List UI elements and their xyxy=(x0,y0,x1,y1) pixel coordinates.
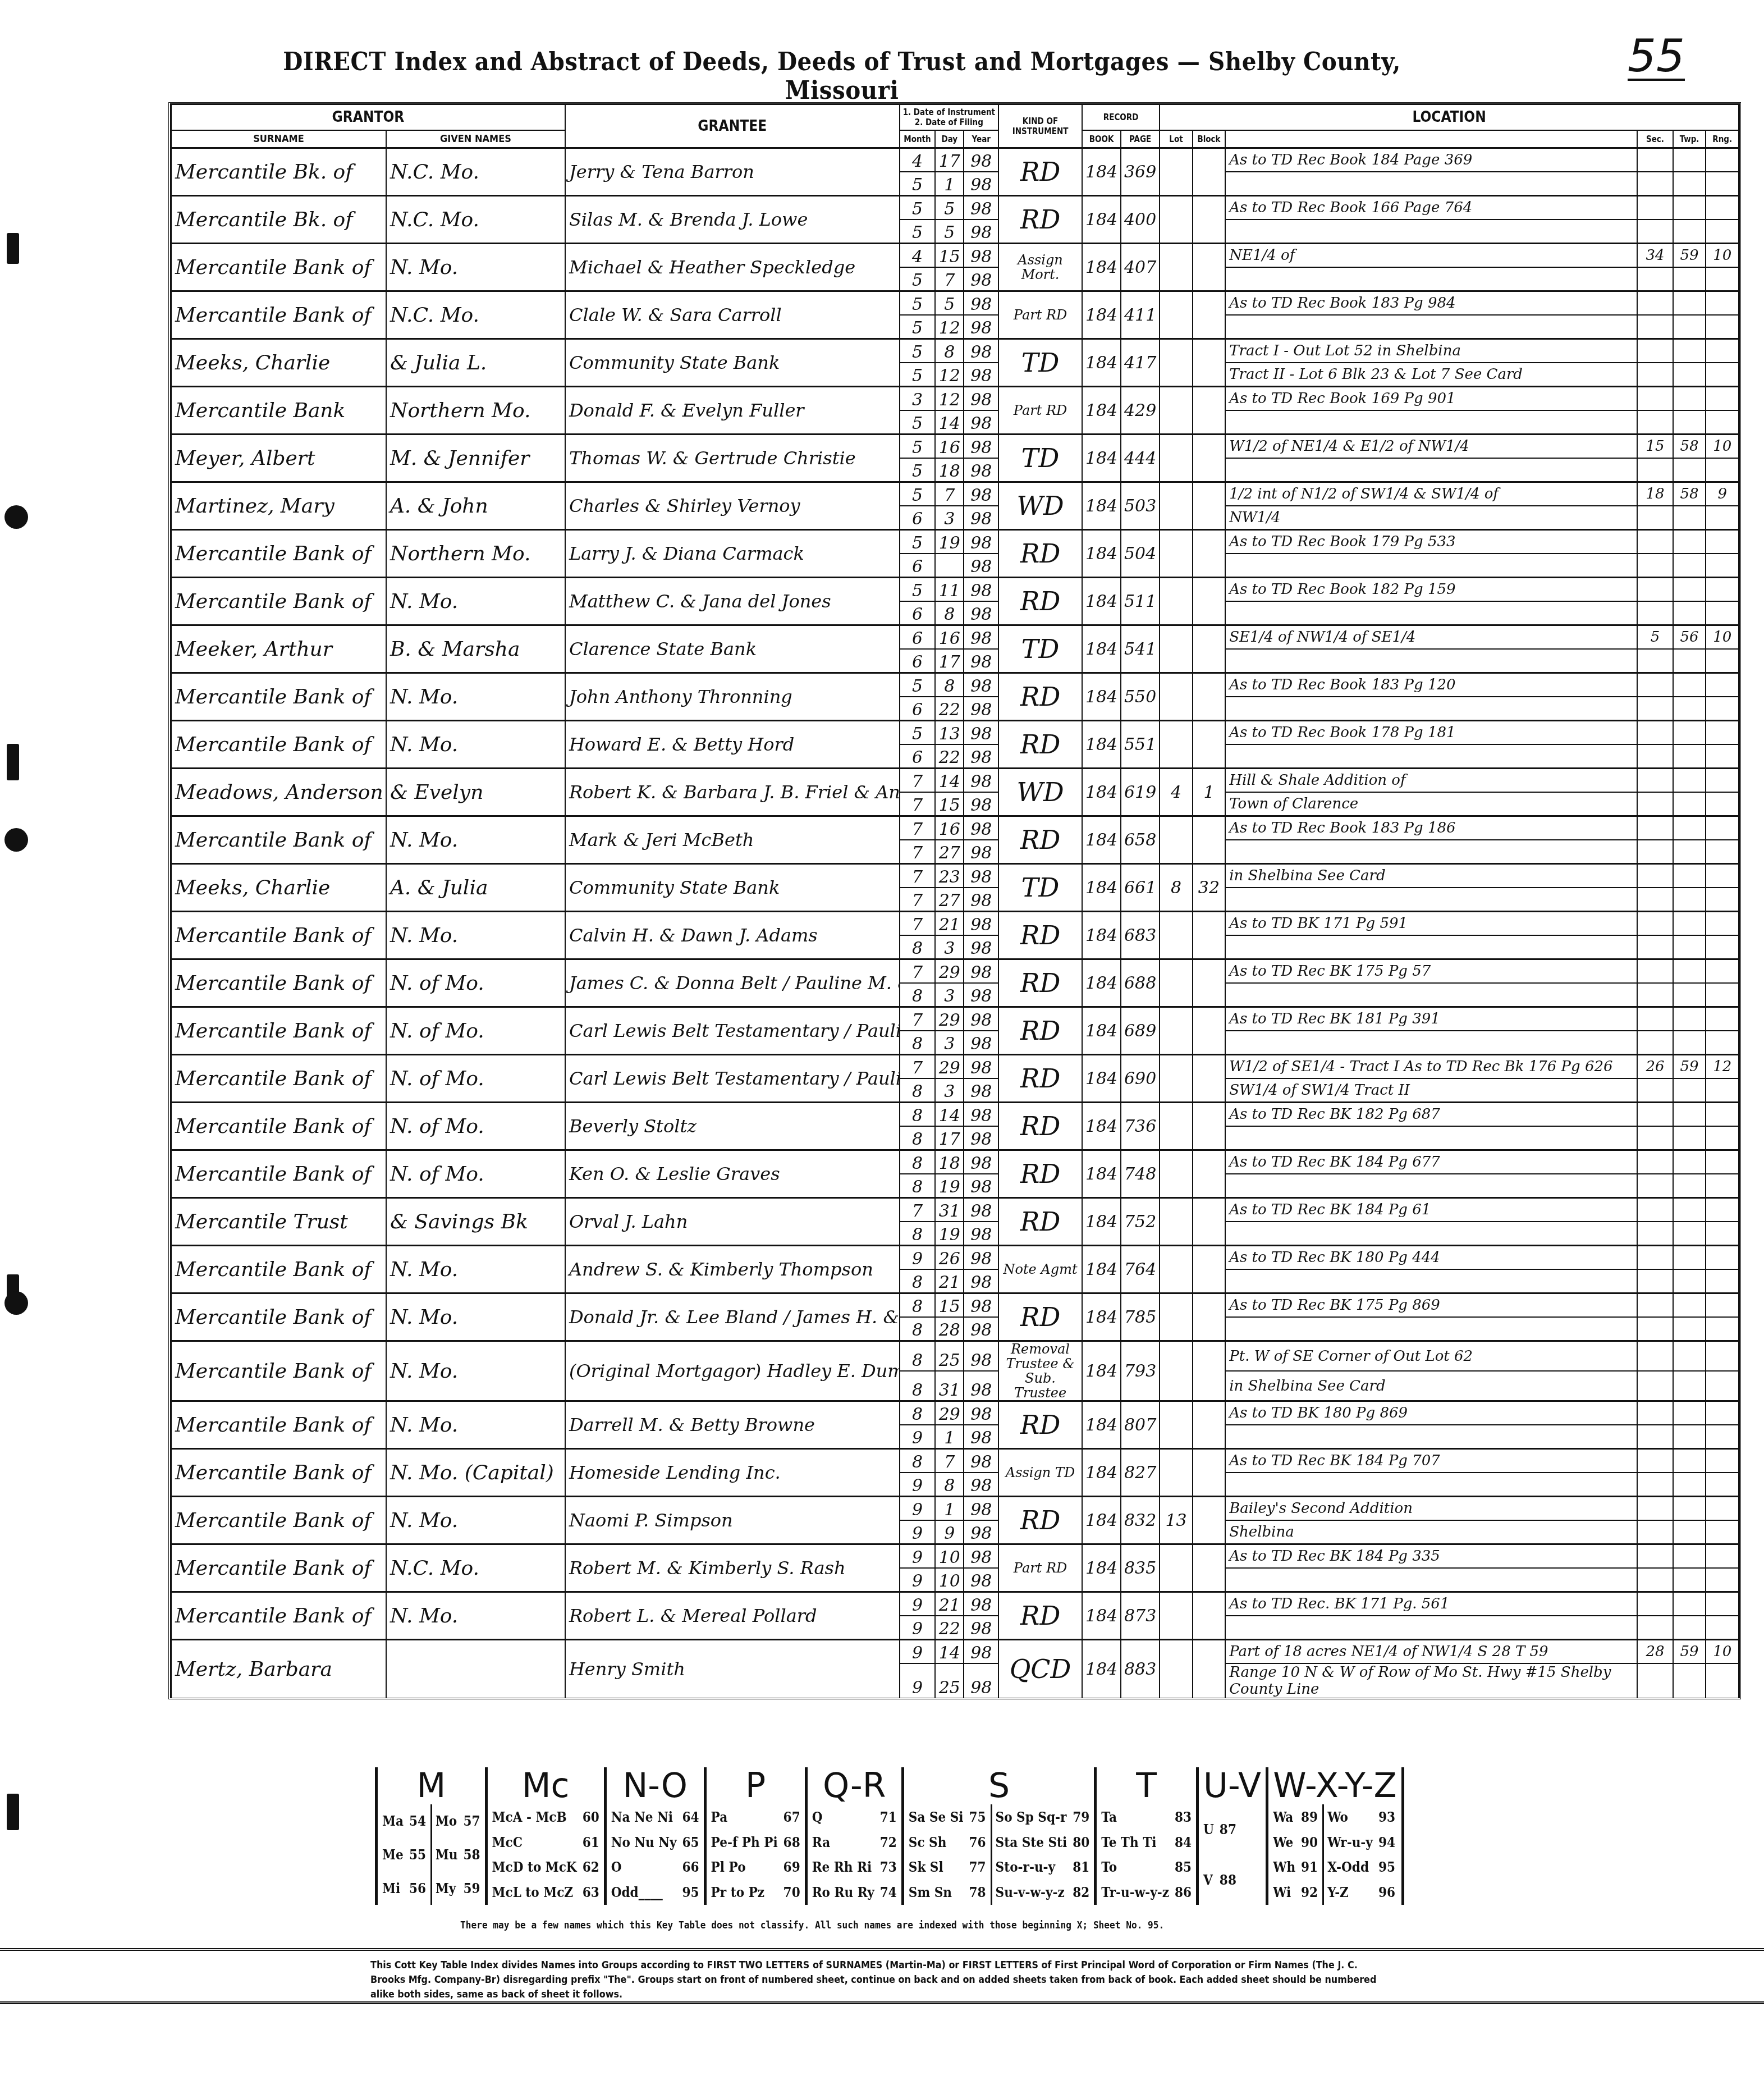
lot xyxy=(1160,1640,1192,1698)
key-entry: Wh91 xyxy=(1273,1859,1318,1875)
table-row: Mercantile Bank ofN. Mo.John Anthony Thr… xyxy=(171,673,1739,697)
grantor-given-names: N. Mo. xyxy=(386,721,565,769)
filing-date-month: 7 xyxy=(900,840,936,864)
range xyxy=(1706,1544,1739,1569)
record-book: 184 xyxy=(1082,1007,1121,1055)
filing-date-day: 28 xyxy=(935,1317,964,1341)
lot xyxy=(1160,673,1192,721)
key-entry: Ra72 xyxy=(812,1834,897,1850)
key-letters: Pa xyxy=(711,1809,728,1825)
record-page: 736 xyxy=(1121,1103,1160,1150)
record-book: 184 xyxy=(1082,244,1121,291)
record-book: 184 xyxy=(1082,959,1121,1007)
key-sheet-number: 58 xyxy=(464,1846,480,1863)
key-letters: No Nu Ny xyxy=(611,1834,677,1850)
section-cont xyxy=(1637,267,1673,291)
location-line-2 xyxy=(1225,840,1637,864)
key-entry: Sto-r-u-y81 xyxy=(996,1859,1090,1875)
record-page: 748 xyxy=(1121,1150,1160,1198)
filing-date-day: 31 xyxy=(935,1371,964,1401)
filing-date-month: 9 xyxy=(900,1473,936,1497)
section-cont xyxy=(1637,363,1673,387)
sec-header: Sec. xyxy=(1637,130,1673,148)
range xyxy=(1706,578,1739,602)
instrument-date-day: 8 xyxy=(935,339,964,363)
instrument-date-day: 29 xyxy=(935,1007,964,1031)
table-row: Mercantile Bank ofN.C. Mo.Clale W. & Sar… xyxy=(171,291,1739,316)
filing-date-month: 5 xyxy=(900,410,936,435)
record-book: 184 xyxy=(1082,1246,1121,1293)
filing-date-year: 98 xyxy=(964,220,998,244)
key-sheet-number: 74 xyxy=(880,1884,897,1900)
section-cont xyxy=(1637,458,1673,482)
instrument-kind: RD xyxy=(998,1198,1082,1246)
key-sheet-number: 54 xyxy=(409,1813,426,1829)
township xyxy=(1673,721,1706,745)
section xyxy=(1637,721,1673,745)
location-line-1: Hill & Shale Addition of xyxy=(1225,769,1637,793)
instrument-date-month: 7 xyxy=(900,1007,936,1031)
instrument-date-month: 5 xyxy=(900,339,936,363)
location-line-2: SW1/4 of SW1/4 Tract II xyxy=(1225,1078,1637,1103)
filing-date-month: 8 xyxy=(900,1126,936,1150)
filing-date-day: 3 xyxy=(935,506,964,530)
table-row: Mercantile Bank ofN. Mo.Mark & Jeri McBe… xyxy=(171,816,1739,840)
table-row: Mertz, BarbaraHenry Smith91498QCD184883P… xyxy=(171,1640,1739,1664)
record-page: 827 xyxy=(1121,1449,1160,1497)
key-table-notice: There may be a few names which this Key … xyxy=(460,1920,1164,1931)
lot xyxy=(1160,1293,1192,1341)
section-cont xyxy=(1637,1317,1673,1341)
range-cont xyxy=(1706,840,1739,864)
key-sheet-number: 95 xyxy=(1378,1859,1395,1875)
instrument-date-day: 12 xyxy=(935,387,964,411)
location-line-2 xyxy=(1225,983,1637,1007)
instrument-date-day: 14 xyxy=(935,1103,964,1127)
table-row: Mercantile Bank ofN. of Mo.Carl Lewis Be… xyxy=(171,1055,1739,1079)
grantee-name: (Original Mortgagor) Hadley E. Dumon xyxy=(565,1341,900,1401)
grantee-name: Matthew C. & Jana del Jones xyxy=(565,578,900,625)
lot-header: Lot xyxy=(1160,130,1192,148)
filing-date-year: 98 xyxy=(964,983,998,1007)
section: 18 xyxy=(1637,482,1673,506)
instrument-date-month: 9 xyxy=(900,1640,936,1664)
range xyxy=(1706,816,1739,840)
grantee-name: Carl Lewis Belt Testamentary / Pauline M… xyxy=(565,1007,900,1055)
key-group: TTa83Te Th Ti84To85Tr-u-w-y-z86 xyxy=(1097,1767,1199,1905)
section: 34 xyxy=(1637,244,1673,268)
section-cont xyxy=(1637,315,1673,339)
instrument-kind: WD xyxy=(998,769,1082,816)
grantee-name: Donald Jr. & Lee Bland / James H. & Shar… xyxy=(565,1293,900,1341)
key-entry: Su-v-w-y-z82 xyxy=(996,1884,1090,1900)
instrument-date-day: 5 xyxy=(935,196,964,220)
record-header: RECORD xyxy=(1082,104,1160,130)
township-cont xyxy=(1673,1174,1706,1198)
township xyxy=(1673,959,1706,984)
filing-date-year: 98 xyxy=(964,267,998,291)
instrument-date-day: 29 xyxy=(935,1055,964,1079)
range xyxy=(1706,1198,1739,1222)
record-book: 184 xyxy=(1082,769,1121,816)
range: 9 xyxy=(1706,482,1739,506)
filing-date-year: 98 xyxy=(964,1031,998,1055)
key-sheet-number: 68 xyxy=(784,1834,800,1850)
grantor-surname: Meadows, Anderson xyxy=(171,769,386,816)
filing-date-month: 7 xyxy=(900,792,936,816)
instrument-kind: WD xyxy=(998,482,1082,530)
grantee-name: Howard E. & Betty Hord xyxy=(565,721,900,769)
filing-date-year: 98 xyxy=(964,506,998,530)
record-page: 658 xyxy=(1121,816,1160,864)
record-page: 369 xyxy=(1121,148,1160,196)
township: 58 xyxy=(1673,435,1706,459)
ledger-sheet: GRANTOR GRANTEE 1. Date of Instrument 2.… xyxy=(168,102,1741,1699)
instrument-kind: RD xyxy=(998,912,1082,959)
key-entry: Q71 xyxy=(812,1809,897,1825)
section-cont xyxy=(1637,1520,1673,1544)
record-book: 184 xyxy=(1082,1401,1121,1449)
location-line-2 xyxy=(1225,935,1637,959)
key-letters: Ta xyxy=(1101,1809,1117,1825)
grantee-name: Andrew S. & Kimberly Thompson xyxy=(565,1246,900,1293)
lot xyxy=(1160,1103,1192,1150)
range: 10 xyxy=(1706,1640,1739,1664)
instrument-date-year: 98 xyxy=(964,387,998,411)
record-page: 832 xyxy=(1121,1497,1160,1544)
township-cont xyxy=(1673,1317,1706,1341)
instrument-date-month: 8 xyxy=(900,1103,936,1127)
key-letters: McD to McK xyxy=(492,1859,577,1875)
grantor-surname: Mercantile Bank of xyxy=(171,578,386,625)
day-header: Day xyxy=(935,130,964,148)
key-entry: Wo93 xyxy=(1327,1809,1395,1825)
instrument-kind: Part RD xyxy=(998,1544,1082,1592)
grantor-given-names: N. of Mo. xyxy=(386,1055,565,1103)
township-cont xyxy=(1673,1473,1706,1497)
grantee-name: John Anthony Thronning xyxy=(565,673,900,721)
section-cont xyxy=(1637,744,1673,769)
township xyxy=(1673,1401,1706,1425)
key-entry: Pr to Pz70 xyxy=(711,1884,800,1900)
section-cont xyxy=(1637,935,1673,959)
section xyxy=(1637,1544,1673,1569)
grantee-name: Community State Bank xyxy=(565,864,900,912)
instrument-date-month: 5 xyxy=(900,578,936,602)
grantor-surname: Meeks, Charlie xyxy=(171,339,386,387)
township xyxy=(1673,1592,1706,1616)
grantee-name: Ken O. & Leslie Graves xyxy=(565,1150,900,1198)
filing-date-day: 5 xyxy=(935,220,964,244)
lot xyxy=(1160,387,1192,435)
record-book: 184 xyxy=(1082,816,1121,864)
section-cont xyxy=(1637,1473,1673,1497)
location-line-1: SE1/4 of NW1/4 of SE1/4 xyxy=(1225,625,1637,650)
surname-header: SURNAME xyxy=(171,130,386,148)
township-cont xyxy=(1673,1031,1706,1055)
instrument-date-day: 16 xyxy=(935,625,964,650)
location-line-2: Town of Clarence xyxy=(1225,792,1637,816)
grantor-given-names: Northern Mo. xyxy=(386,387,565,435)
key-sheet-number: 69 xyxy=(784,1859,800,1875)
key-sheet-number: 76 xyxy=(969,1834,986,1850)
key-sheet-number: 85 xyxy=(1175,1859,1192,1875)
range xyxy=(1706,959,1739,984)
township xyxy=(1673,148,1706,172)
township-cont xyxy=(1673,220,1706,244)
key-entry: Ro Ru Ry74 xyxy=(812,1884,897,1900)
instrument-kind: RD xyxy=(998,816,1082,864)
range xyxy=(1706,769,1739,793)
grantee-name: Larry J. & Diana Carmack xyxy=(565,530,900,578)
location-line-1: As to TD Rec BK 184 Pg 61 xyxy=(1225,1198,1637,1222)
date-header: 1. Date of Instrument 2. Date of Filing xyxy=(900,104,999,130)
key-entry: O66 xyxy=(611,1859,699,1875)
filing-date-month: 8 xyxy=(900,1317,936,1341)
record-page: 411 xyxy=(1121,291,1160,339)
grantor-surname: Mercantile Bank of xyxy=(171,1007,386,1055)
township: 58 xyxy=(1673,482,1706,506)
block xyxy=(1193,1150,1225,1198)
township-cont xyxy=(1673,1269,1706,1293)
key-sheet-number: 71 xyxy=(880,1809,897,1825)
key-letters: Pl Po xyxy=(711,1859,746,1875)
grantee-name: Clarence State Bank xyxy=(565,625,900,673)
grantor-surname: Mercantile Bank of xyxy=(171,959,386,1007)
location-line-1: As to TD Rec Book 183 Pg 186 xyxy=(1225,816,1637,840)
block xyxy=(1193,196,1225,244)
section xyxy=(1637,578,1673,602)
location-line-2 xyxy=(1225,267,1637,291)
range-cont xyxy=(1706,1520,1739,1544)
block: 32 xyxy=(1193,864,1225,912)
key-sheet-number: 67 xyxy=(784,1809,800,1825)
section-cont xyxy=(1637,1078,1673,1103)
table-row: Mercantile Bank ofN. of Mo.James C. & Do… xyxy=(171,959,1739,984)
table-row: Mercantile Bank ofN. of Mo.Ken O. & Lesl… xyxy=(171,1150,1739,1174)
key-sheet-number: 75 xyxy=(969,1809,986,1825)
instrument-kind: Part RD xyxy=(998,291,1082,339)
township-cont xyxy=(1673,1078,1706,1103)
filing-date-day: 7 xyxy=(935,267,964,291)
record-page: 764 xyxy=(1121,1246,1160,1293)
table-row: Mercantile Bank ofN. Mo.Andrew S. & Kimb… xyxy=(171,1246,1739,1270)
record-book: 184 xyxy=(1082,1592,1121,1640)
filing-date-day: 27 xyxy=(935,888,964,912)
filing-date-year: 98 xyxy=(964,1616,998,1640)
key-group-letter: S xyxy=(909,1767,1090,1804)
record-page: 503 xyxy=(1121,482,1160,530)
section xyxy=(1637,291,1673,316)
range-cont xyxy=(1706,1371,1739,1401)
range xyxy=(1706,1150,1739,1174)
section-cont xyxy=(1637,1616,1673,1640)
section xyxy=(1637,530,1673,554)
binder-slot-mark xyxy=(7,233,19,264)
section-cont xyxy=(1637,888,1673,912)
section xyxy=(1637,1592,1673,1616)
grantee-name: Beverly Stoltz xyxy=(565,1103,900,1150)
location-line-1: As to TD Rec. BK 171 Pg. 561 xyxy=(1225,1592,1637,1616)
table-row: Mercantile Bank ofN. Mo.Matthew C. & Jan… xyxy=(171,578,1739,602)
grantor-given-names: N. Mo. xyxy=(386,673,565,721)
location-line-1: As to TD Rec BK 181 Pg 391 xyxy=(1225,1007,1637,1031)
section xyxy=(1637,1341,1673,1372)
range xyxy=(1706,673,1739,697)
section xyxy=(1637,1246,1673,1270)
key-group: U-VU87V88 xyxy=(1199,1767,1268,1905)
table-row: Mercantile Bank ofN. Mo. (Capital)Homesi… xyxy=(171,1449,1739,1473)
grantor-surname: Mercantile Bank of xyxy=(171,291,386,339)
location-line-2 xyxy=(1225,410,1637,435)
grantor-given-names: N. of Mo. xyxy=(386,959,565,1007)
key-entry: McC61 xyxy=(492,1834,599,1850)
kind-header: KIND OF INSTRUMENT xyxy=(998,104,1082,148)
instrument-date-year: 98 xyxy=(964,148,998,172)
instrument-date-year: 98 xyxy=(964,673,998,697)
grantor-given-names: N.C. Mo. xyxy=(386,1544,565,1592)
township-cont xyxy=(1673,1520,1706,1544)
record-page: 807 xyxy=(1121,1401,1160,1449)
location-line-1: As to TD Rec BK 184 Pg 335 xyxy=(1225,1544,1637,1569)
location-header: LOCATION xyxy=(1160,104,1739,130)
lot xyxy=(1160,721,1192,769)
key-letters: Sm Sn xyxy=(909,1884,952,1900)
instrument-date-year: 98 xyxy=(964,196,998,220)
filing-date-day: 22 xyxy=(935,697,964,721)
range-cont xyxy=(1706,1568,1739,1592)
lot xyxy=(1160,530,1192,578)
location-line-2: Shelbina xyxy=(1225,1520,1637,1544)
grantee-header: GRANTEE xyxy=(565,104,900,148)
location-line-2 xyxy=(1225,1126,1637,1150)
filing-date-month: 6 xyxy=(900,744,936,769)
grantor-surname: Mercantile Bank xyxy=(171,387,386,435)
block xyxy=(1193,1497,1225,1544)
record-book: 184 xyxy=(1082,1293,1121,1341)
instrument-date-month: 4 xyxy=(900,148,936,172)
range-cont xyxy=(1706,267,1739,291)
range xyxy=(1706,721,1739,745)
instrument-date-day: 5 xyxy=(935,291,964,316)
township-cont xyxy=(1673,697,1706,721)
instrument-kind: Assign Mort. xyxy=(998,244,1082,291)
key-letters: Mo xyxy=(436,1813,457,1829)
key-letters: Pr to Pz xyxy=(711,1884,765,1900)
location-line-2 xyxy=(1225,649,1637,673)
location-line-2 xyxy=(1225,315,1637,339)
instrument-date-year: 98 xyxy=(964,959,998,984)
key-entry: Mu58 xyxy=(436,1846,480,1863)
township xyxy=(1673,769,1706,793)
instrument-kind: RD xyxy=(998,1150,1082,1198)
range-cont xyxy=(1706,744,1739,769)
filing-date-day xyxy=(935,554,964,578)
filing-date-year: 98 xyxy=(964,1663,998,1698)
page-header: PAGE xyxy=(1121,130,1160,148)
filing-date-day: 12 xyxy=(935,363,964,387)
township xyxy=(1673,1293,1706,1318)
record-book: 184 xyxy=(1082,435,1121,482)
township-cont xyxy=(1673,1568,1706,1592)
range xyxy=(1706,1341,1739,1372)
township-cont xyxy=(1673,1222,1706,1246)
section xyxy=(1637,1293,1673,1318)
filing-date-month: 9 xyxy=(900,1425,936,1449)
date-filing-label: 2. Date of Filing xyxy=(901,117,997,127)
filing-date-month: 8 xyxy=(900,1031,936,1055)
township xyxy=(1673,864,1706,888)
key-letters: Wi xyxy=(1273,1884,1291,1900)
record-book: 184 xyxy=(1082,387,1121,435)
instrument-date-month: 5 xyxy=(900,721,936,745)
key-letters: Wo xyxy=(1327,1809,1348,1825)
lot xyxy=(1160,339,1192,387)
grantee-name: Silas M. & Brenda J. Lowe xyxy=(565,196,900,244)
instrument-date-year: 98 xyxy=(964,1449,998,1473)
grantee-name: Carl Lewis Belt Testamentary / Pauline B… xyxy=(565,1055,900,1103)
location-line-2 xyxy=(1225,1568,1637,1592)
instrument-date-month: 6 xyxy=(900,625,936,650)
section xyxy=(1637,1150,1673,1174)
section xyxy=(1637,1449,1673,1473)
record-page: 417 xyxy=(1121,339,1160,387)
key-group: SSa Se Si75Sc Sh76Sk Sl77Sm Sn78So Sp Sq… xyxy=(904,1767,1097,1905)
key-letters: McL to McZ xyxy=(492,1884,573,1900)
grantee-name: Orval J. Lahn xyxy=(565,1198,900,1246)
key-sheet-number: 61 xyxy=(583,1834,599,1850)
key-letters: So Sp Sq-r xyxy=(996,1809,1067,1825)
section-cont xyxy=(1637,1174,1673,1198)
instrument-date-day: 16 xyxy=(935,435,964,459)
filing-date-year: 98 xyxy=(964,172,998,196)
key-entry: Pa67 xyxy=(711,1809,800,1825)
key-entry: To85 xyxy=(1101,1859,1192,1875)
key-group-letter: W-X-Y-Z xyxy=(1273,1767,1397,1804)
filing-date-day: 9 xyxy=(935,1520,964,1544)
record-book: 184 xyxy=(1082,1150,1121,1198)
instrument-kind: RD xyxy=(998,530,1082,578)
instrument-date-day: 14 xyxy=(935,769,964,793)
filing-date-day: 1 xyxy=(935,1425,964,1449)
location-line-2 xyxy=(1225,458,1637,482)
location-line-1: Pt. W of SE Corner of Out Lot 62 xyxy=(1225,1341,1637,1372)
key-sheet-number: 88 xyxy=(1220,1872,1236,1888)
filing-date-year: 98 xyxy=(964,1473,998,1497)
grantor-surname: Meyer, Albert xyxy=(171,435,386,482)
key-sheet-number: 96 xyxy=(1378,1884,1395,1900)
filing-date-year: 98 xyxy=(964,649,998,673)
grantor-surname: Mercantile Bank of xyxy=(171,1150,386,1198)
lot xyxy=(1160,625,1192,673)
filing-date-month: 6 xyxy=(900,554,936,578)
record-book: 184 xyxy=(1082,1198,1121,1246)
range-cont xyxy=(1706,363,1739,387)
filing-date-month: 6 xyxy=(900,697,936,721)
filing-date-day: 8 xyxy=(935,1473,964,1497)
filing-date-year: 98 xyxy=(964,1371,998,1401)
table-row: Mercantile Bk. ofN.C. Mo.Jerry & Tena Ba… xyxy=(171,148,1739,172)
record-book: 184 xyxy=(1082,1341,1121,1401)
grantee-name: Robert M. & Kimberly S. Rash xyxy=(565,1544,900,1592)
location-line-1: As to TD Rec Book 178 Pg 181 xyxy=(1225,721,1637,745)
filing-date-year: 98 xyxy=(964,888,998,912)
township xyxy=(1673,912,1706,936)
key-entry: Sta Ste Sti80 xyxy=(996,1834,1090,1850)
instrument-date-year: 98 xyxy=(964,1640,998,1664)
instrument-kind: RD xyxy=(998,1401,1082,1449)
range-cont xyxy=(1706,792,1739,816)
